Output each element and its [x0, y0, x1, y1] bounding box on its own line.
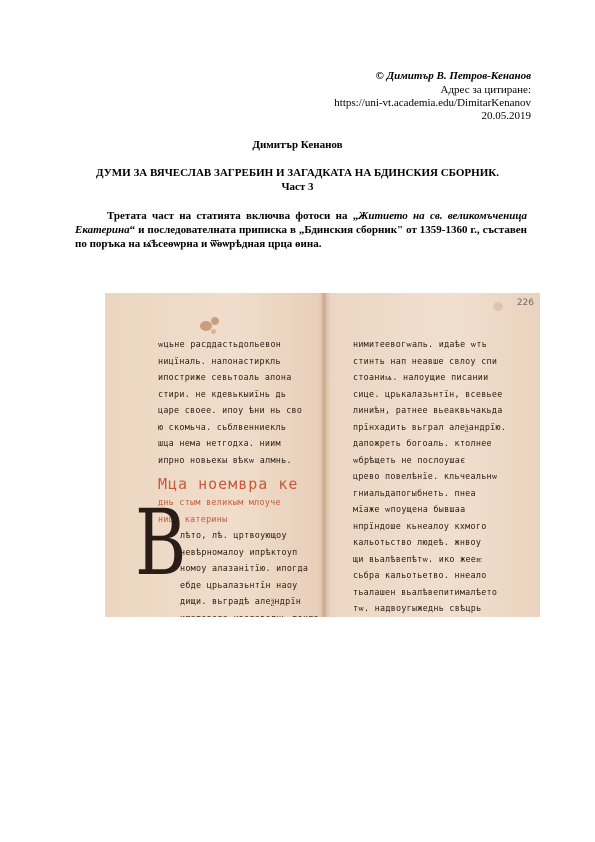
ms-line: стинть нап неавше свлоу спи: [353, 353, 506, 370]
folio-number: 226: [517, 298, 534, 308]
paragraph-text-1: Третата част на статията включва фотоси …: [107, 210, 358, 222]
ms-line: тьалашен вьалѣвепитималѣето: [353, 584, 506, 601]
ms-line: нимитеевогѡаль. идаѣе ѡть: [353, 336, 506, 353]
ms-line: мїаже ѡпоущена бывшаа: [353, 501, 506, 518]
ms-line: гниальдапогыбнеть. пнеа: [353, 485, 506, 502]
ms-line: ипрно новьекы вѣкѡ алмнь.: [158, 452, 319, 469]
ms-line: щи вьалѣвепѣтѡ. ико жееѥ: [353, 551, 506, 568]
stain-mark: [200, 321, 212, 331]
ms-line: напрѣетолѣ. иповелѣслоусти: [353, 617, 506, 618]
intro-paragraph: Третата част на статията включва фотоси …: [75, 209, 527, 251]
ms-line: стоаниѩ. налоущие писании: [353, 369, 506, 386]
decorated-initial: В: [135, 498, 186, 589]
paragraph-text-2: “ и последователната приписка в „Бдински…: [75, 224, 527, 250]
ms-line: сьбра кальотьетво. ннеало: [353, 567, 506, 584]
ms-line: шца нема нетгодха. ниим: [158, 435, 319, 452]
ms-line: ѡбрѣщеть не послоушає: [353, 452, 506, 469]
cite-label: Адрес за цитиране:: [441, 84, 531, 98]
ms-line: кальотьство людеѣ. жнвоу: [353, 534, 506, 551]
title-line-2: Част 3: [0, 180, 595, 194]
ms-line: сице. црькалазьнтїн, всевьее: [353, 386, 506, 403]
stain-mark: [211, 317, 219, 325]
right-page-text: нимитеевогѡаль. идаѣе ѡть стинть нап неа…: [353, 336, 506, 617]
ms-line: црево повелѣнїе. кльчеальнѡ: [353, 468, 506, 485]
ms-line: ипаповеда иводавелнь покла: [158, 610, 319, 618]
ms-line: ѡцьне расддастьдольевон: [158, 336, 319, 353]
ms-line: царе своее. ипоу ѣни нь сво: [158, 402, 319, 419]
ms-line: ницїналь. налонастиркль: [158, 353, 319, 370]
copyright-author: © Димитър В. Петров-Кенанов: [376, 70, 531, 84]
publication-date: 20.05.2019: [482, 110, 532, 124]
title-line-1: ДУМИ ЗА ВЯЧЕСЛАВ ЗАГРЕБИН И ЗАГАДКАТА НА…: [0, 166, 595, 180]
ms-line: прїнхадить вьграл алеѯандрїю.: [353, 419, 506, 436]
citation-url[interactable]: https://uni-vt.academia.edu/DimitarKenan…: [334, 97, 531, 111]
ms-line: стири. не кдевькыиїнь дь: [158, 386, 319, 403]
ms-line: линиѣн, ратнее вьеаквьчакьда: [353, 402, 506, 419]
stain-mark: [493, 302, 503, 311]
book-spine: [321, 293, 327, 617]
ms-line: нпрїндоше кьнеалоу кхмого: [353, 518, 506, 535]
document-title: ДУМИ ЗА ВЯЧЕСЛАВ ЗАГРЕБИН И ЗАГАДКАТА НА…: [0, 166, 595, 194]
stain-mark: [211, 329, 216, 334]
ms-line: ю скомьча. сьблвенниекль: [158, 419, 319, 436]
document-author: Димитър Кенанов: [0, 139, 595, 151]
ms-line: ипостриже севьтоаль алона: [158, 369, 319, 386]
ms-line: дапожреть богоаль. ктолнее: [353, 435, 506, 452]
ms-line: тѡ. надвоугыжеднь свѣцрь: [353, 600, 506, 617]
manuscript-photo: 226 ѡцьне расддастьдольевон ницїналь. на…: [105, 293, 540, 617]
